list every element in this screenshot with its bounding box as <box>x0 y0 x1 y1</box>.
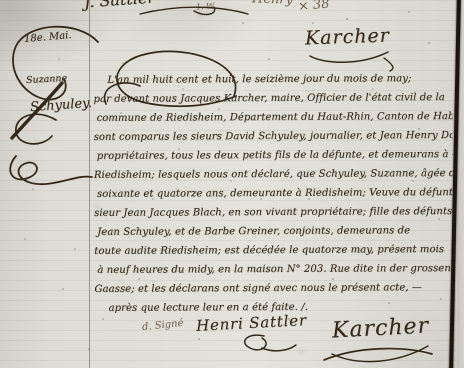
entry-line: à neuf heures du midy, en la maison N° 2… <box>94 259 453 280</box>
entry-line: par devant nous Jacques Karcher, maire, … <box>93 88 452 109</box>
entry-line: sont comparus les sieurs David Schyuley,… <box>94 126 453 147</box>
previous-signature-fragment: Henry <box>252 0 293 8</box>
pen-swash-flourish <box>136 2 256 20</box>
entry-body: L'an mil huit cent et huit, le seizième … <box>93 69 453 323</box>
entry-line: toute audite Riedisheim; est décédée le … <box>94 240 453 261</box>
entry-line: sieur Jean Jacques Blach, en son vivant … <box>94 202 453 223</box>
entry-line: Jean Schyuley, et de Barbe Greiner, conj… <box>94 221 453 242</box>
entry-line: commune de Riedisheim, Département du Ha… <box>94 107 453 128</box>
entry-line: L'an mil huit cent et huit, le seizième … <box>93 69 452 90</box>
header-registrar-name: Karcher <box>305 25 391 50</box>
paper-stains <box>0 0 2 2</box>
entry-line: Riedisheim; lesquels nous ont déclaré, q… <box>94 164 453 185</box>
entry-line: propriétaires, tous les deux petits fils… <box>94 145 453 166</box>
witness-paraph-flourish <box>228 330 300 354</box>
previous-signature-fragment: × 38 <box>297 0 330 15</box>
entry-line: soixante et quatorze ans, demeurante à R… <box>94 183 453 204</box>
entry-line: après que lecture leur en a été faite. /… <box>95 297 454 318</box>
mayor-paraph-flourish <box>318 342 440 368</box>
manuscript-page: J. Sattler 1. W. Henry × 38 Karcher 18e.… <box>0 0 464 368</box>
entry-line: Gaasse; et les déclarans ont signé avec … <box>94 278 453 299</box>
